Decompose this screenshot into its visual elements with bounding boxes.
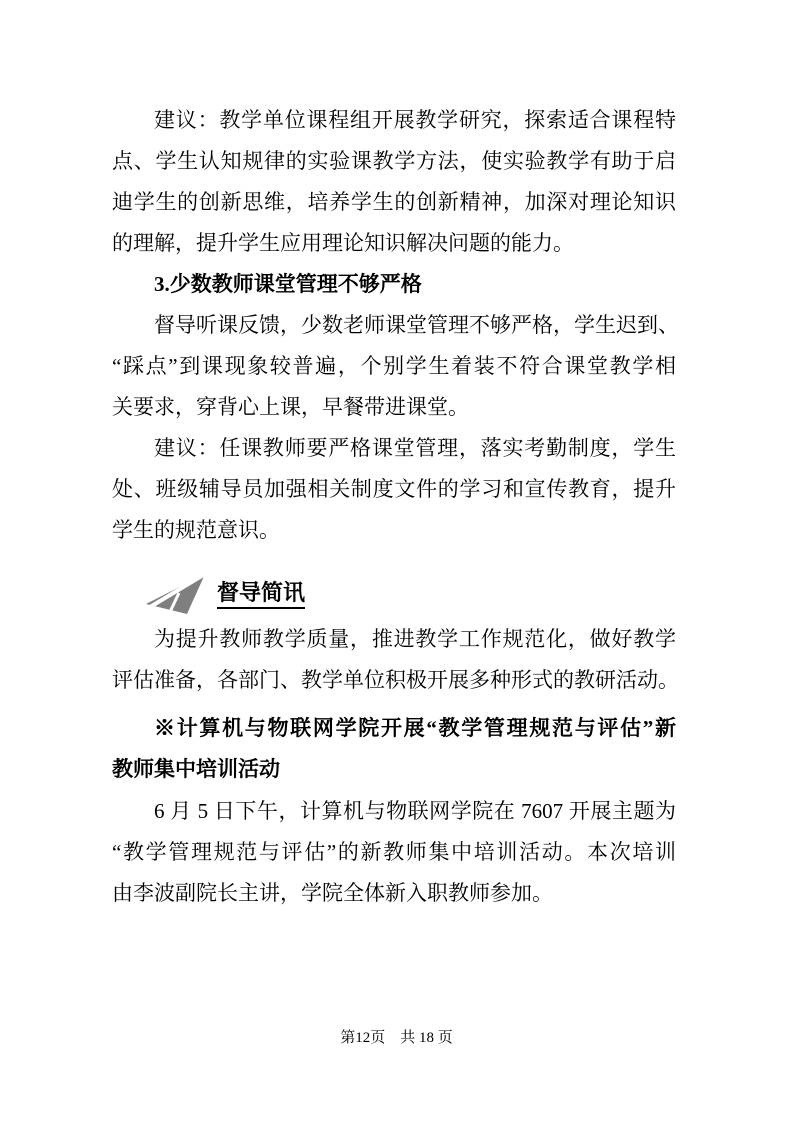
text-line: 学生的规范意识。 (112, 510, 676, 551)
text-line: 建议：教学单位课程组开展教学研究，探索适合课程特 (112, 100, 676, 141)
text-line: “教学管理规范与评估”的新教师集中培训活动。本次培训 (112, 832, 676, 873)
heading-line: ※计算机与物联网学院开展“教学管理规范与评估”新 (112, 708, 676, 749)
paragraph-suggestion-attendance: 建议：任课教师要严格课堂管理，落实考勤制度，学生 处、班级辅导员加强相关制度文件… (112, 428, 676, 551)
text-line: 关要求，穿背心上课，早餐带进课堂。 (112, 387, 676, 428)
text-line: 建议：任课教师要严格课堂管理，落实考勤制度，学生 (112, 428, 676, 469)
text-line: 6 月 5 日下午，计算机与物联网学院在 7607 开展主题为 (112, 791, 676, 832)
paragraph-feedback-classroom: 督导听课反馈，少数老师课堂管理不够严格，学生迟到、 “踩点”到课现象较普遍，个别… (112, 305, 676, 428)
brief-section-title: 督导简讯 (217, 580, 305, 609)
paragraph-training-details: 6 月 5 日下午，计算机与物联网学院在 7607 开展主题为 “教学管理规范与… (112, 791, 676, 914)
text-line: 评估准备，各部门、教学单位积极开展多种形式的教研活动。 (112, 660, 676, 701)
paragraph-suggestion-teaching-research: 建议：教学单位课程组开展教学研究，探索适合课程特 点、学生认知规律的实验课教学方… (112, 100, 676, 264)
page-footer: 第12页 共 18 页 (0, 1028, 793, 1048)
text-line: 的理解，提升学生应用理论知识解决问题的能力。 (112, 223, 676, 264)
paper-plane-icon (145, 573, 207, 615)
text-line: 由李波副院长主讲，学院全体新入职教师参加。 (112, 873, 676, 914)
text-line: 迪学生的创新思维，培养学生的创新精神，加深对理论知识 (112, 182, 676, 223)
section-heading-classroom-management: 3.少数教师课堂管理不够严格 (112, 264, 676, 305)
text-line: “踩点”到课现象较普遍，个别学生着装不符合课堂教学相 (112, 346, 676, 387)
paragraph-quality-improvement: 为提升教师教学质量，推进教学工作规范化，做好教学 评估准备，各部门、教学单位积极… (112, 619, 676, 701)
document-body: 建议：教学单位课程组开展教学研究，探索适合课程特 点、学生认知规律的实验课教学方… (112, 100, 676, 914)
text-line: 为提升教师教学质量，推进教学工作规范化，做好教学 (112, 619, 676, 660)
text-line: 点、学生认知规律的实验课教学方法，使实验教学有助于启 (112, 141, 676, 182)
brief-section-header: 督导简讯 (145, 573, 676, 615)
section-heading-training-activity: ※计算机与物联网学院开展“教学管理规范与评估”新 教师集中培训活动 (112, 708, 676, 790)
text-line: 督导听课反馈，少数老师课堂管理不够严格，学生迟到、 (112, 305, 676, 346)
text-line: 处、班级辅导员加强相关制度文件的学习和宣传教育，提升 (112, 469, 676, 510)
document-page: 建议：教学单位课程组开展教学研究，探索适合课程特 点、学生认知规律的实验课教学方… (0, 0, 793, 1122)
heading-line: 教师集中培训活动 (112, 749, 676, 790)
